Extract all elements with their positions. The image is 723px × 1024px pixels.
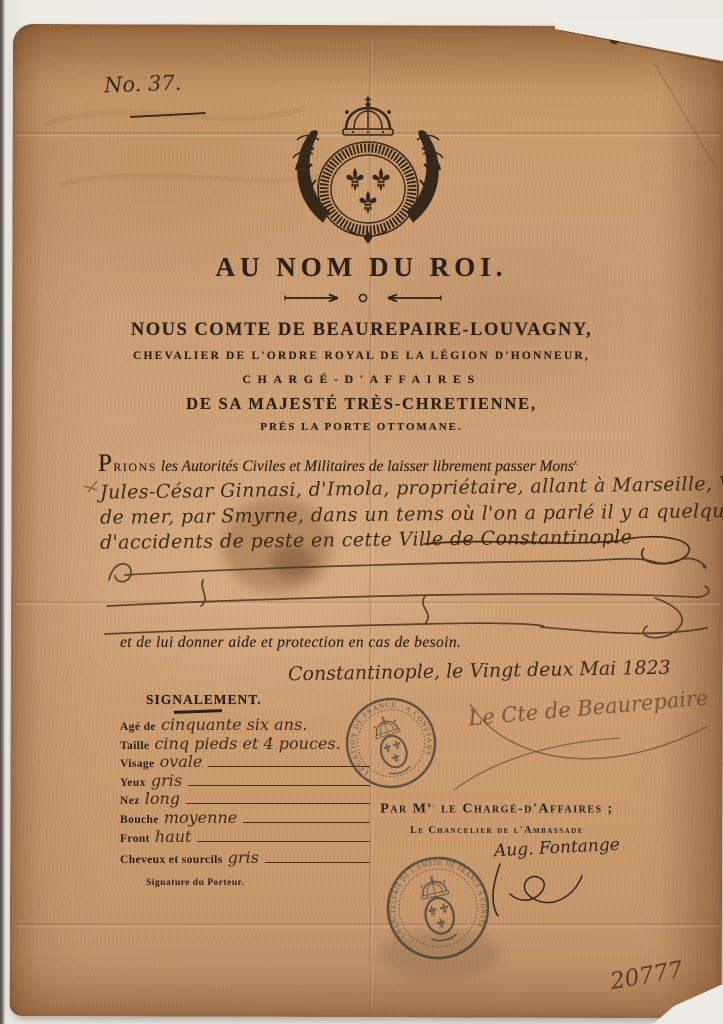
document-content: No. 37. AU N (0, 0, 723, 1024)
request-rest-text: les Autorités Civiles et Militaires de l… (157, 458, 574, 475)
signalement-row-front: Front haut (120, 829, 372, 848)
handwritten-line-2: de mer, par Smyrne, dans un tems où l'on… (100, 499, 723, 528)
par-lead-text: Par M (380, 802, 427, 817)
registry-number: 20777 (608, 957, 685, 995)
closing-block: Par Mr. le Chargé-d'Affaires ; Le Chance… (368, 800, 626, 836)
request-printed-line: Prions les Autorités Civiles et Militair… (98, 450, 658, 478)
issuer-title-charge-daffaires: CHARGÉ-D'AFFAIRES (0, 372, 723, 387)
scanned-passport-document: No. 37. AU N (0, 0, 723, 1024)
field-value: haut (155, 829, 192, 845)
signalement-row-visage: Visage ovale (120, 754, 372, 773)
field-label: Front (120, 833, 150, 845)
field-value: ovale (160, 754, 203, 770)
field-value: cinquante six ans. (161, 717, 307, 733)
signalement-heading-underline (174, 709, 222, 714)
palm-branch-right (407, 131, 443, 222)
issuer-name-line: NOUS COMTE DE BEAUREPAIRE-LOUVAGNY, (0, 320, 723, 341)
document-number-underline (130, 112, 206, 118)
field-value: long (145, 791, 180, 807)
request-lead-word: Prions (98, 450, 157, 478)
chevalier-text: CHEVALIER DE L'ORDRE ROYAL DE LA LÉGION … (133, 350, 590, 362)
par-superscript: r. (427, 800, 436, 809)
field-rule (188, 785, 370, 786)
field-rule (265, 862, 370, 863)
signature-charge-flourish (440, 686, 720, 796)
signature-du-porteur-text: Signature du Porteur. (146, 878, 244, 888)
request-superscript: r. (574, 457, 579, 467)
field-label: Bouche (120, 814, 159, 826)
field-label: Taille (120, 740, 149, 752)
signature-du-porteur-label: Signature du Porteur. (146, 878, 372, 888)
chancellerie-stamp: · CHANCELLERIE DE L'AMBDE DE FRANCE À CO… (360, 830, 517, 987)
title-text: AU NOM DU ROI. (216, 252, 508, 282)
signalement-row-bouche: Bouche moyenne (120, 810, 372, 829)
field-label: Cheveux et sourcils (120, 854, 223, 866)
chancelier-text: Le Chancelier de l'Ambassade (410, 825, 584, 836)
document-number: No. 37. (104, 71, 182, 98)
ruled-out-wavy-lines (95, 550, 720, 650)
date-text: Constantinople, le Vingt deux Mai 1823 (288, 657, 671, 686)
field-label: Yeux (120, 777, 146, 789)
majeste-text: DE SA MAJESTÉ TRÈS-CHRETIENNE, (186, 394, 537, 413)
field-label: Agé de (120, 721, 156, 733)
charge-text: CHARGÉ-D'AFFAIRES (242, 372, 480, 386)
issuer-title-majeste: DE SA MAJESTÉ TRÈS-CHRETIENNE, (0, 394, 723, 414)
field-rule (243, 822, 370, 823)
title-ornament-divider (283, 291, 443, 305)
title-au-nom-du-roi: AU NOM DU ROI. (0, 252, 723, 283)
date-place-line: Constantinople, le Vingt deux Mai 1823 (288, 657, 671, 686)
field-rule (186, 803, 370, 804)
par-rest-text: le Chargé-d'Affaires ; (436, 802, 614, 817)
field-label: Visage (120, 758, 155, 770)
issuer-text: NOUS COMTE DE BEAUREPAIRE-LOUVAGNY, (131, 320, 592, 340)
par-charge-daffaires-line: Par Mr. le Chargé-d'Affaires ; (368, 800, 626, 818)
signalement-row-cheveux: Cheveux et sourcils gris (120, 850, 372, 869)
porte-ottomane-text: PRÈS LA PORTE OTTOMANE. (260, 421, 463, 433)
field-rule (197, 841, 370, 842)
signalement-row-nez: Nez long (120, 791, 372, 810)
hw-line2-text: de mer, par Smyrne, dans un tems où l'on… (100, 499, 723, 528)
issuer-title-chevalier: CHEVALIER DE L'ORDRE ROYAL DE LA LÉGION … (0, 350, 723, 362)
field-value: gris (151, 773, 182, 789)
royal-coat-of-arms (283, 90, 453, 248)
document-number-text: No. 37. (104, 71, 182, 98)
field-value: gris (228, 850, 259, 866)
chancelier-line: Le Chancelier de l'Ambassade (368, 825, 626, 836)
field-value: cinq pieds et 4 pouces. (154, 736, 340, 752)
signalement-heading-text: SIGNALEMENT. (146, 692, 262, 707)
field-value: moyenne (164, 810, 237, 826)
issuer-title-porte-ottomane: PRÈS LA PORTE OTTOMANE. (0, 421, 723, 433)
field-label: Nez (120, 795, 140, 807)
registry-number-text: 20777 (608, 957, 685, 995)
